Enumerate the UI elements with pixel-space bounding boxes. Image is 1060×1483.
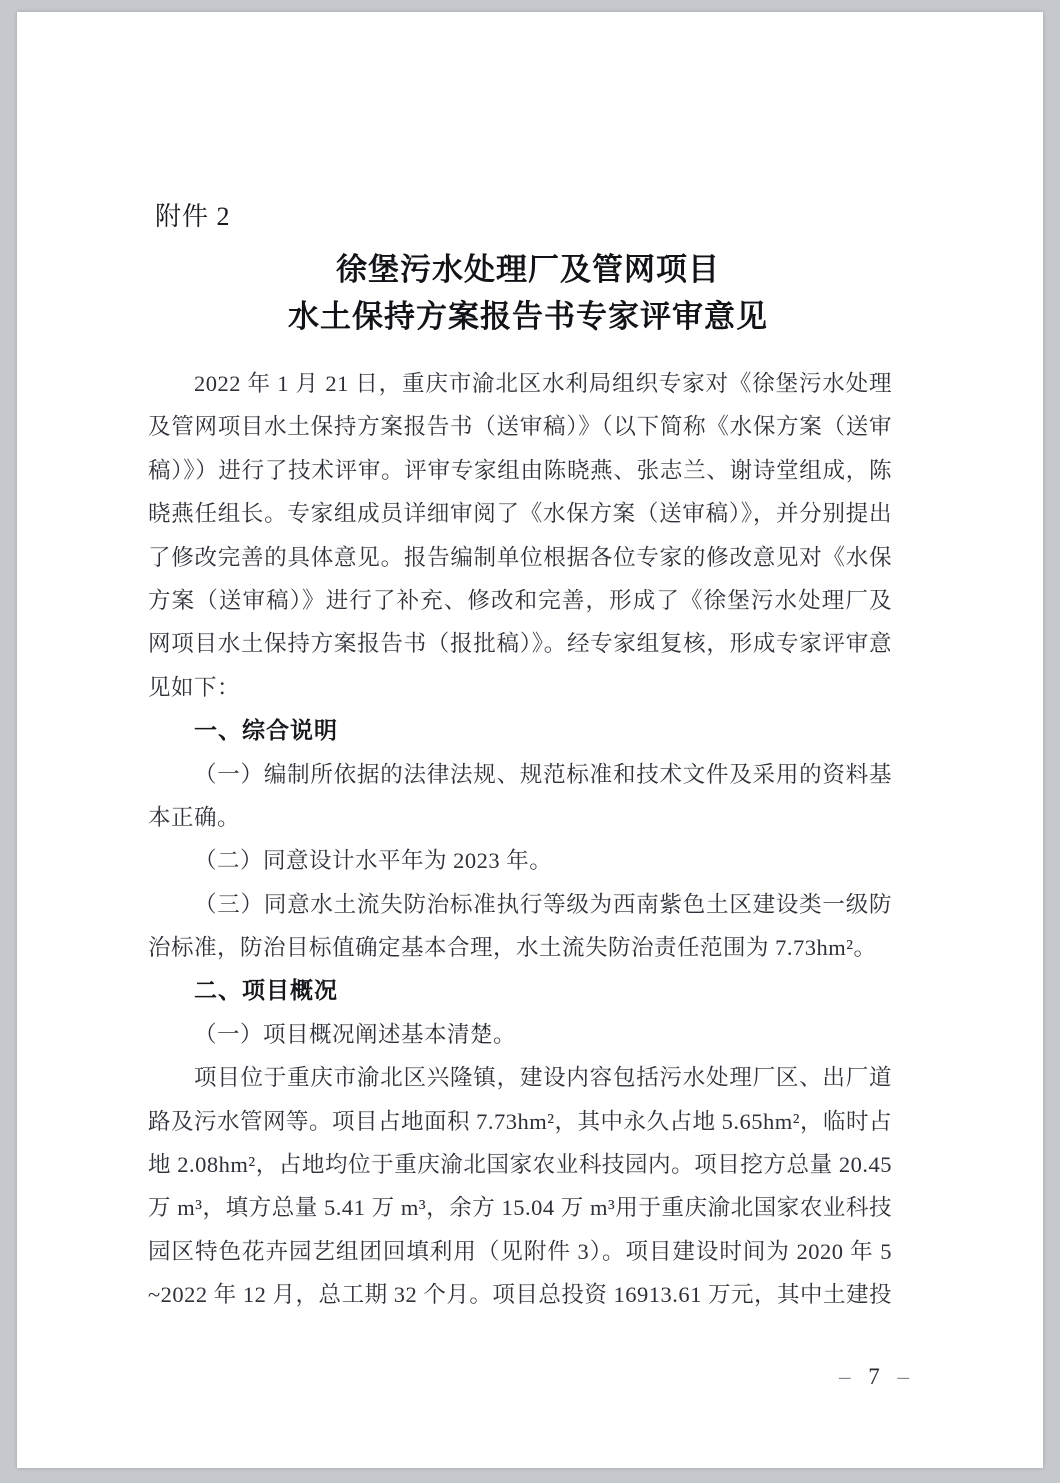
text-line: 稿）》）进行了技术评审。评审专家组由陈晓燕、张志兰、谢诗堂组成，陈 [148,449,892,492]
title-line-1: 徐堡污水处理厂及管网项目 [148,246,908,293]
page-number-value: 7 [868,1364,886,1389]
text-line: 晓燕任组长。专家组成员详细审阅了《水保方案（送审稿）》，并分别提出 [148,492,892,535]
text-line: （一）编制所依据的法律法规、规范标准和技术文件及采用的资料基 [148,753,892,796]
text-line: （二）同意设计水平年为 2023 年。 [148,839,892,882]
page-number-dash-left: – [839,1364,857,1389]
document-title: 徐堡污水处理厂及管网项目 水土保持方案报告书专家评审意见 [148,246,908,340]
section-heading: 二、项目概况 [148,969,892,1012]
section-heading: 一、综合说明 [148,709,892,752]
text-line: 网项目水土保持方案报告书（报批稿）》。经专家组复核，形成专家评审意 [148,622,892,665]
text-line: 本正确。 [148,796,892,839]
document-page: 附件 2 徐堡污水处理厂及管网项目 水土保持方案报告书专家评审意见 2022 年… [17,12,1043,1468]
text-line: 万 m³，填方总量 5.41 万 m³，余方 15.04 万 m³用于重庆渝北国… [148,1186,892,1229]
text-line: 地 2.08hm²，占地均位于重庆渝北国家农业科技园内。项目挖方总量 20.45 [148,1143,892,1186]
text-line: ~2022 年 12 月，总工期 32 个月。项目总投资 16913.61 万元… [148,1273,892,1316]
attachment-label: 附件 2 [155,196,231,233]
screenshot-canvas: 附件 2 徐堡污水处理厂及管网项目 水土保持方案报告书专家评审意见 2022 年… [0,0,1060,1483]
text-line: 2022 年 1 月 21 日，重庆市渝北区水利局组织专家对《徐堡污水处理厂 [148,362,892,405]
title-line-2: 水土保持方案报告书专家评审意见 [148,293,908,340]
text-line: 园区特色花卉园艺组团回填利用（见附件 3）。项目建设时间为 2020 年 5 月 [148,1230,892,1273]
text-line: 项目位于重庆市渝北区兴隆镇，建设内容包括污水处理厂区、出厂道 [148,1056,892,1099]
text-line: 方案（送审稿）》进行了补充、修改和完善，形成了《徐堡污水处理厂及管 [148,579,892,622]
page-number-dash-right: – [898,1364,916,1389]
text-line: 治标准，防治目标值确定基本合理，水土流失防治责任范围为 7.73hm²。 [148,926,892,969]
text-line: （三）同意水土流失防治标准执行等级为西南紫色土区建设类一级防 [148,883,892,926]
text-line: 及管网项目水土保持方案报告书（送审稿）》（以下简称《水保方案（送审 [148,405,892,448]
text-line: 见如下： [148,666,892,709]
text-line: （一）项目概况阐述基本清楚。 [148,1013,892,1056]
text-line: 了修改完善的具体意见。报告编制单位根据各位专家的修改意见对《水保 [148,536,892,579]
text-line: 路及污水管网等。项目占地面积 7.73hm²，其中永久占地 5.65hm²，临时… [148,1100,892,1143]
text-block: 2022 年 1 月 21 日，重庆市渝北区水利局组织专家对《徐堡污水处理厂及管… [148,362,892,1317]
page-number: – 7 – [839,1364,915,1390]
